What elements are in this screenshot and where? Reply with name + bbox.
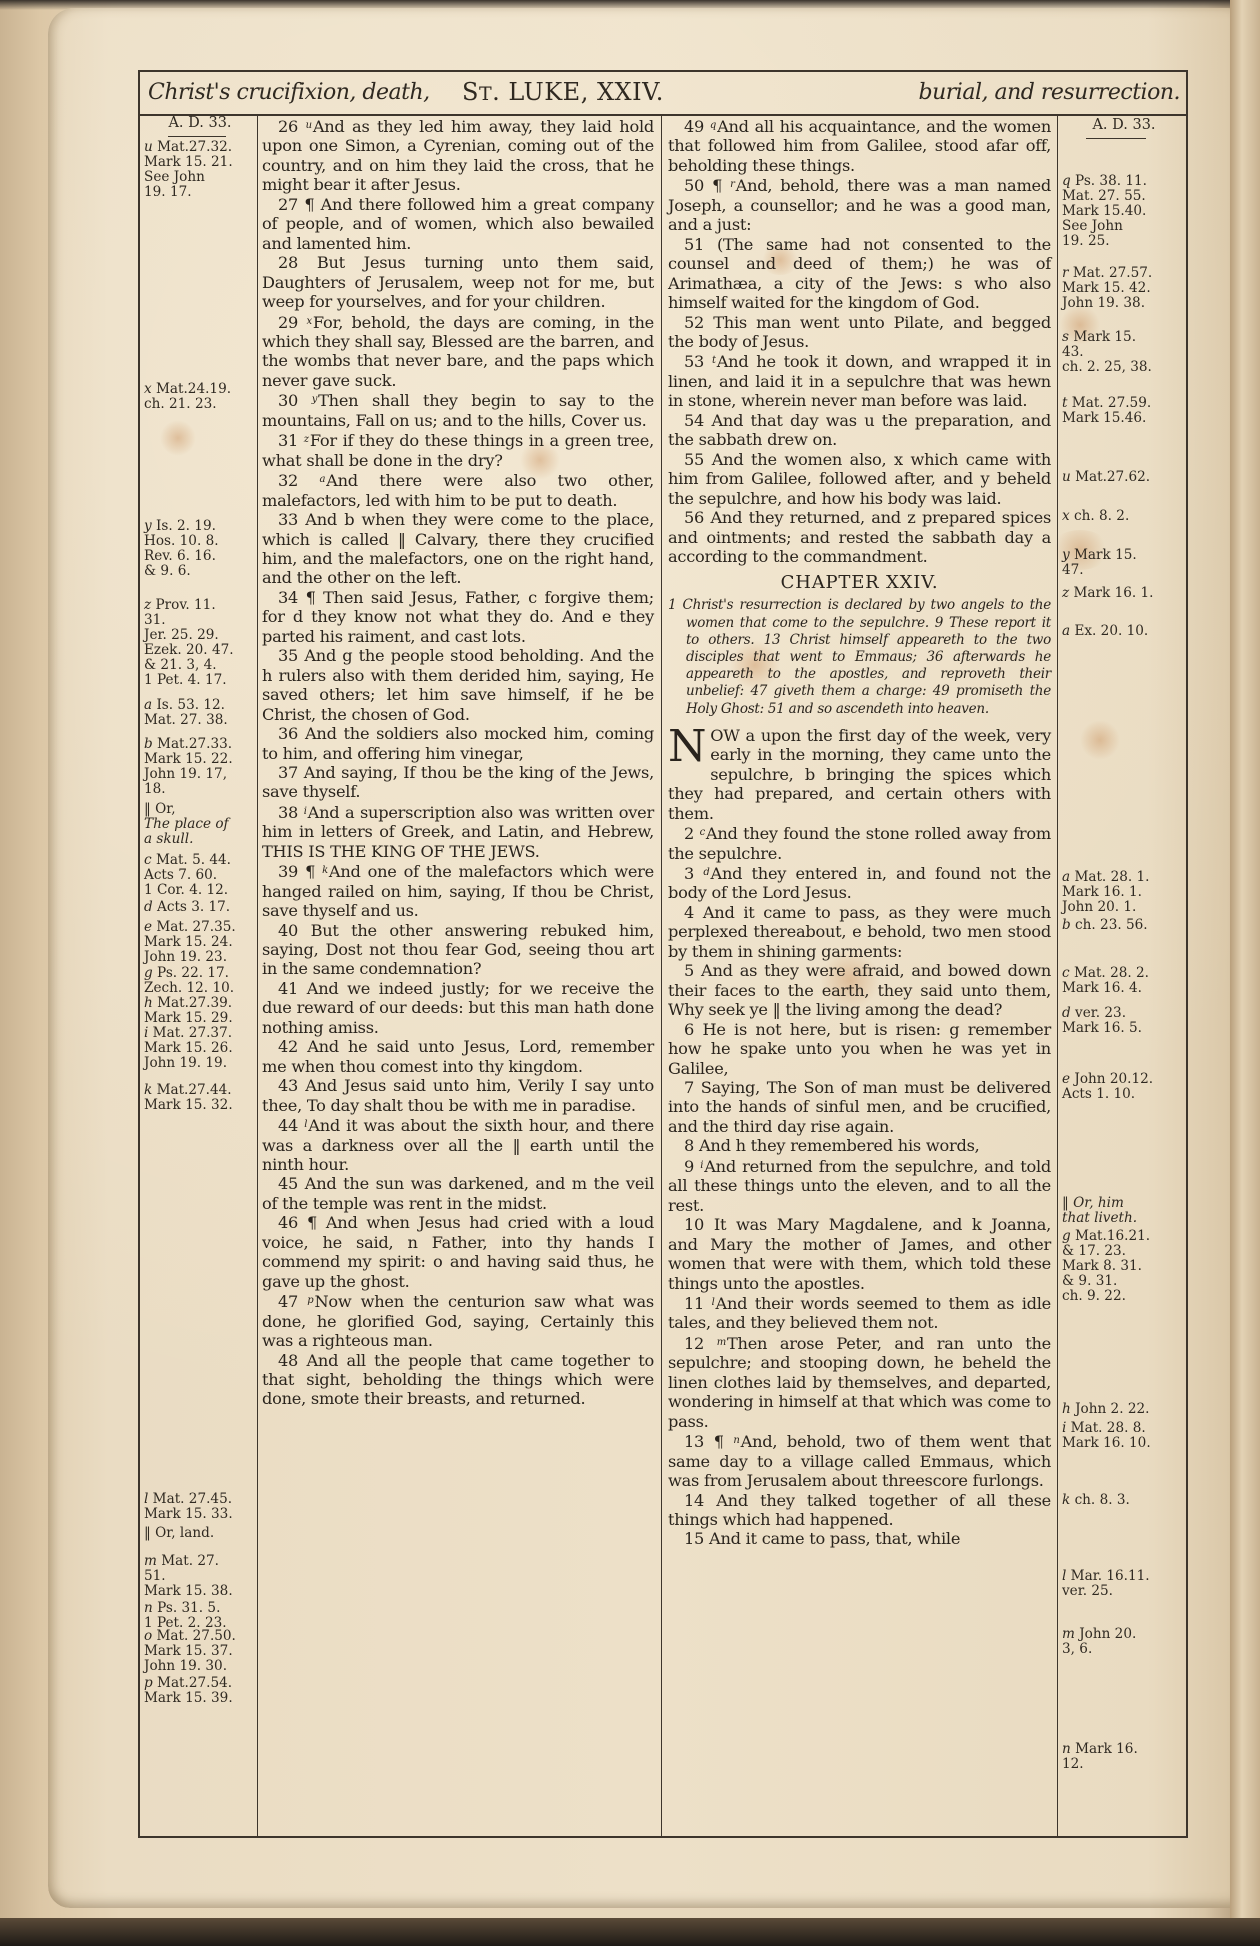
reference-line: k Mat.27.44.	[144, 1083, 233, 1098]
verse-text: And it came to pass, as they were much p…	[668, 903, 1051, 961]
margin-reference: m Mat. 27.51.Mark 15. 38.	[144, 1554, 233, 1599]
verse-text: And that day was u the preparation, and …	[668, 411, 1051, 449]
verse: 9 iAnd returned from the sepulchre, and …	[668, 1156, 1051, 1215]
margin-reference: d Acts 3. 17.	[144, 900, 230, 915]
verse-number: 34	[278, 588, 306, 607]
reference-line: e Mat. 27.35.	[144, 920, 236, 935]
reference-line: & 21. 3, 4.	[144, 658, 234, 673]
verse: 27 ¶ And there followed him a great comp…	[262, 195, 654, 253]
reference-line: John 20. 1.	[1062, 900, 1149, 915]
margin-reference: u Mat.27.32.Mark 15. 21.See John19. 17.	[144, 140, 233, 200]
reference-mark: d	[144, 899, 157, 915]
reference-line: g Mat.16.21.	[1062, 1229, 1150, 1244]
verse: 36 And the soldiers also mocked him, com…	[262, 724, 654, 763]
reference-line: 3, 6.	[1062, 1642, 1136, 1657]
reference-line: h Mat.27.39.	[144, 996, 233, 1011]
reference-line: p Mat.27.54.	[144, 1676, 233, 1691]
reference-mark: r	[730, 179, 735, 190]
reference-line: ch. 21. 23.	[144, 397, 231, 412]
reference-text: Mat.27.54.	[157, 1675, 232, 1691]
reference-text: Mat.24.19.	[156, 381, 231, 397]
reference-mark: i	[1062, 1420, 1071, 1436]
reference-text: Mat. 28. 2.	[1074, 965, 1149, 981]
reference-line: s Mark 15.	[1062, 330, 1152, 345]
reference-text: ch. 8. 3.	[1075, 1492, 1130, 1508]
margin-reference: a Ex. 20. 10.	[1062, 624, 1148, 639]
reference-line: Acts 1. 10.	[1062, 1087, 1153, 1102]
reference-mark: a	[1062, 623, 1074, 639]
margin-reference: t Mat. 27.59.Mark 15.46.	[1062, 396, 1151, 426]
reference-line: 51.	[144, 1569, 233, 1584]
reference-line: b Mat.27.33.	[144, 737, 233, 752]
verse: 44 lAnd it was about the sixth hour, and…	[262, 1115, 654, 1174]
reference-text: Mat. 5. 44.	[156, 852, 231, 868]
verse: 46 ¶ And when Jesus had cried with a lou…	[262, 1213, 654, 1291]
header-book-chapter: ST. LUKE, XXIV.	[462, 78, 664, 106]
reference-line: b ch. 23. 56.	[1062, 918, 1148, 933]
reference-line: l Mar. 16.11.	[1062, 1569, 1150, 1584]
reference-line: John 19. 17,	[144, 767, 233, 782]
reference-text: ver. 23.	[1075, 1005, 1126, 1021]
verse-number: 36	[278, 724, 305, 743]
reference-line: Mark 15. 24.	[144, 935, 236, 950]
verse-text: And there followed him a great company o…	[262, 195, 654, 253]
pilcrow-mark: ¶	[714, 1432, 734, 1451]
reference-line: Mark 15. 22.	[144, 752, 233, 767]
verse-text: Then shall they begin to say to the moun…	[262, 391, 654, 429]
reference-text: Mat. 28. 8.	[1071, 1420, 1146, 1436]
reference-text: ch. 23. 56.	[1075, 917, 1148, 933]
verse: 7 Saying, The Son of man must be deliver…	[668, 1078, 1051, 1136]
verse-number: 8	[684, 1136, 699, 1155]
reference-text: Mat. 28. 1.	[1074, 869, 1149, 885]
margin-reference: r Mat. 27.57.Mark 15. 42.John 19. 38.	[1062, 266, 1152, 311]
reference-line: 47.	[1062, 563, 1137, 578]
year-label: A. D. 33.	[1062, 118, 1186, 133]
verse-number: 14	[684, 1491, 716, 1510]
reference-text: Mark 16.	[1075, 1741, 1138, 1757]
reference-mark: p	[307, 1295, 313, 1306]
reference-mark: o	[144, 1628, 157, 1644]
verse-number: 7	[684, 1078, 701, 1097]
verse-number: 13	[684, 1432, 714, 1451]
verse-number: 29	[278, 313, 307, 332]
verse-text: (The same had not consented to the couns…	[668, 235, 1051, 312]
reference-line: ch. 9. 22.	[1062, 1289, 1150, 1304]
reference-text: Mat.27.39.	[157, 995, 232, 1011]
verse: 42 And he said unto Jesus, Lord, remembe…	[262, 1037, 654, 1076]
verse-number: 32	[278, 471, 319, 490]
verse-text: And they returned, and z prepared spices…	[668, 508, 1051, 566]
verse-text: It was Mary Magdalene, and k Joanna, and…	[668, 1215, 1051, 1292]
margin-reference: x Mat.24.19.ch. 21. 23.	[144, 382, 231, 412]
reference-line: Ezek. 20. 47.	[144, 643, 234, 658]
reference-text: John 20.12.	[1074, 1071, 1153, 1087]
reference-line: See John	[1062, 219, 1147, 234]
verse-text: For, behold, the days are coming, in the…	[262, 313, 654, 390]
reference-line: Mark 16. 10.	[1062, 1436, 1151, 1451]
reference-text: Mark 15.	[1073, 329, 1136, 345]
verse-number: 5	[684, 961, 701, 980]
reference-line: Mark 16. 5.	[1062, 1021, 1142, 1036]
reference-mark: r	[1062, 265, 1073, 281]
reference-mark: b	[144, 736, 157, 752]
verse: 11 lAnd their words seemed to them as id…	[668, 1293, 1051, 1333]
verse-text: And they talked together of all these th…	[668, 1491, 1051, 1529]
reference-line: Mark 8. 31.	[1062, 1259, 1150, 1274]
verse: 53 tAnd he took it down, and wrapped it …	[668, 351, 1051, 410]
verse-text: For if they do these things in a green t…	[262, 431, 654, 469]
reference-mark: k	[322, 865, 328, 876]
verse: 47 pNow when the centurion saw what was …	[262, 1291, 654, 1350]
margin-reference: g Ps. 22. 17.Zech. 12. 10.	[144, 966, 234, 996]
reference-mark: p	[144, 1675, 157, 1691]
verse-text: And h they remembered his words,	[699, 1136, 980, 1155]
reference-line: Mark 15. 33.	[144, 1507, 233, 1522]
margin-reference: z Mark 16. 1.	[1062, 586, 1153, 601]
verse-number: 28	[278, 253, 317, 272]
verse: 50 ¶ rAnd, behold, there was a man named…	[668, 175, 1051, 234]
verse-text: And g the people stood beholding. And th…	[262, 646, 654, 723]
reference-mark: d	[703, 867, 709, 878]
reference-line: Mat. 27. 38.	[144, 713, 228, 728]
verse-text: Saying, The Son of man must be delivered…	[668, 1078, 1051, 1136]
reference-line: Mark 15.46.	[1062, 411, 1151, 426]
reference-line: ch. 2. 25, 38.	[1062, 360, 1152, 375]
verse-number: 39	[278, 862, 305, 881]
reference-line: & 9. 31.	[1062, 1274, 1150, 1289]
reference-mark: i	[144, 1025, 153, 1041]
right-margin-references: A. D. 33. q Ps. 38. 11.Mat. 27. 55.Mark …	[1062, 114, 1186, 1834]
reference-line: y Is. 2. 19.	[144, 519, 219, 534]
reference-text: Mat. 27.57.	[1073, 265, 1152, 281]
verse: NOW a upon the first day of the week, ve…	[668, 726, 1051, 823]
margin-reference: a Mat. 28. 1.Mark 16. 1.John 20. 1.	[1062, 870, 1149, 915]
reference-line: John 19. 23.	[144, 950, 236, 965]
reference-line: d Acts 3. 17.	[144, 900, 230, 915]
verse-text: And Jesus said unto him, Verily I say un…	[262, 1076, 654, 1114]
verse: 38 iAnd a superscription also was writte…	[262, 802, 654, 861]
header-smallcap: T	[479, 83, 492, 105]
verse-number: 3	[684, 864, 703, 883]
verse: 2 cAnd they found the stone rolled away …	[668, 823, 1051, 863]
reference-mark: m	[1062, 1626, 1079, 1642]
pilcrow-mark: ¶	[304, 195, 320, 214]
reference-mark: y	[312, 394, 317, 405]
reference-line: n Ps. 31. 5.	[144, 1601, 227, 1616]
reference-line: Rev. 6. 16.	[144, 549, 219, 564]
reference-line: a Ex. 20. 10.	[1062, 624, 1148, 639]
reference-line: x ch. 8. 2.	[1062, 509, 1129, 524]
year-label: A. D. 33.	[144, 116, 256, 131]
verse-number: 11	[684, 1294, 712, 1313]
reference-line: n Mark 16.	[1062, 1742, 1138, 1757]
reference-line: Mark 15. 32.	[144, 1098, 233, 1113]
reference-mark: y	[144, 518, 156, 534]
verse: 52 This man went unto Pilate, and begged…	[668, 313, 1051, 352]
verse-number: 51	[684, 235, 717, 254]
left-text-column: 26 uAnd as they led him away, they laid …	[262, 116, 654, 1409]
reference-line: u Mat.27.32.	[144, 140, 233, 155]
reference-line: Mark 15. 29.	[144, 1011, 233, 1026]
center-column-rule	[661, 114, 662, 1836]
reference-mark: x	[307, 316, 312, 327]
reference-mark: t	[1062, 395, 1072, 411]
verse-text: And the sun was darkened, and m the veil…	[262, 1174, 654, 1212]
reference-mark: q	[1062, 173, 1075, 189]
header-right-topic: burial, and resurrection.	[919, 80, 1180, 105]
verse-text: And we indeed justly; for we receive the…	[262, 979, 654, 1037]
reference-text: Mat.27.33.	[157, 736, 232, 752]
reference-text: Mat. 27.	[161, 1553, 219, 1569]
verse: 45 And the sun was darkened, and m the v…	[262, 1174, 654, 1213]
reference-mark: l	[304, 1119, 307, 1130]
reference-mark: l	[712, 1297, 715, 1308]
verse: 39 ¶ kAnd one of the malefactors which w…	[262, 861, 654, 920]
verse-number: 48	[278, 1351, 306, 1370]
margin-reference: u Mat.27.62.	[1062, 470, 1150, 485]
chapter-summary: 1 Christ's resurrection is declared by t…	[668, 597, 1051, 717]
verse-number: 12	[684, 1334, 717, 1353]
text-frame: Christ's crucifixion, death, ST. LUKE, X…	[138, 70, 1188, 1838]
reference-line: u Mat.27.62.	[1062, 470, 1150, 485]
reference-mark: u	[306, 120, 312, 131]
reference-text: Prov. 11.	[155, 597, 215, 613]
reference-line: ‖ Or,	[144, 802, 229, 817]
reference-mark: s	[1062, 329, 1073, 345]
reference-line: Acts 7. 60.	[144, 868, 231, 883]
reference-text: John 20.	[1079, 1626, 1136, 1642]
verse-text: And the women also, x which came with hi…	[668, 450, 1051, 508]
verse-number: 53	[684, 352, 712, 371]
reference-mark: y	[1062, 547, 1074, 563]
verse-text: And saying, If thou be the king of the J…	[262, 763, 654, 801]
reference-line: See John	[144, 170, 233, 185]
verse-number: 42	[278, 1037, 307, 1056]
reference-mark: k	[144, 1082, 157, 1098]
reference-line: Hos. 10. 8.	[144, 534, 219, 549]
margin-reference: n Mark 16.12.	[1062, 1742, 1138, 1772]
verse: 6 He is not here, but is risen: g rememb…	[668, 1020, 1051, 1078]
reference-mark: g	[144, 965, 157, 981]
reference-mark: c	[1062, 965, 1074, 981]
verse: 3 dAnd they entered in, and found not th…	[668, 863, 1051, 903]
verse-number: 56	[684, 508, 710, 527]
header-initial: S	[462, 78, 479, 106]
margin-reference: p Mat.27.54.Mark 15. 39.	[144, 1676, 233, 1706]
left-margin-references: A. D. 33. u Mat.27.32.Mark 15. 21.See Jo…	[144, 114, 256, 1834]
verse-number: 10	[684, 1215, 714, 1234]
reference-text: Mar. 16.11.	[1071, 1568, 1150, 1584]
reference-line: that liveth.	[1062, 1211, 1137, 1226]
margin-reference: h Mat.27.39.Mark 15. 29.	[144, 996, 233, 1026]
reference-line: ‖ Or, land.	[144, 1526, 214, 1541]
reference-mark: c	[144, 852, 156, 868]
reference-line: Mark 15.40.	[1062, 204, 1147, 219]
reference-mark: h	[1062, 1401, 1075, 1417]
reference-line: Mark 15. 21.	[144, 155, 233, 170]
header-rest: . LUKE, XXIV.	[492, 78, 664, 106]
verse: 34 ¶ Then said Jesus, Father, c forgive …	[262, 588, 654, 646]
reference-mark: t	[712, 355, 716, 366]
verse: 43 And Jesus said unto him, Verily I say…	[262, 1076, 654, 1115]
verse-text: And as they led him away, they laid hold…	[262, 117, 654, 194]
verse: 10 It was Mary Magdalene, and k Joanna, …	[668, 1215, 1051, 1293]
verse-number: 31	[278, 431, 304, 450]
verse-number: 46	[278, 1213, 307, 1232]
reference-mark: a	[1062, 869, 1074, 885]
verse-number: 6	[684, 1020, 702, 1039]
margin-reference: a Is. 53. 12.Mat. 27. 38.	[144, 698, 228, 728]
reference-text: Mat. 27.59.	[1072, 395, 1151, 411]
verse-text: And all his acquaintance, and the women …	[668, 117, 1051, 175]
reference-line: & 17. 23.	[1062, 1244, 1150, 1259]
reference-text: Is. 2. 19.	[156, 518, 216, 534]
margin-reference: ‖ Or,The place ofa skull.	[144, 802, 229, 847]
verse: 26 uAnd as they led him away, they laid …	[262, 116, 654, 195]
verse: 5 And as they were afraid, and bowed dow…	[668, 961, 1051, 1019]
verse: 30 yThen shall they begin to say to the …	[262, 390, 654, 430]
reference-line: c Mat. 5. 44.	[144, 853, 231, 868]
reference-mark: x	[1062, 508, 1074, 524]
reference-line: q Ps. 38. 11.	[1062, 174, 1147, 189]
header-left-topic: Christ's crucifixion, death,	[148, 80, 430, 105]
margin-reference: b ch. 23. 56.	[1062, 918, 1148, 933]
verse: 35 And g the people stood beholding. And…	[262, 646, 654, 724]
margin-reference: g Mat.16.21.& 17. 23.Mark 8. 31.& 9. 31.…	[1062, 1229, 1150, 1304]
verse-number: 35	[278, 646, 304, 665]
verse-number: 33	[278, 510, 305, 529]
running-header: Christ's crucifixion, death, ST. LUKE, X…	[140, 72, 1186, 116]
reference-line: Mark 16. 1.	[1062, 885, 1149, 900]
left-margin-rule	[257, 114, 258, 1836]
verse-number: 47	[278, 1292, 307, 1311]
verse: 54 And that day was u the preparation, a…	[668, 411, 1051, 450]
margin-reference: l Mat. 27.45.Mark 15. 33.	[144, 1492, 233, 1522]
reference-mark: h	[144, 995, 157, 1011]
margin-reference: l Mar. 16.11.ver. 25.	[1062, 1569, 1150, 1599]
reference-mark: b	[1062, 917, 1075, 933]
verse-text: And it came to pass, that, while	[709, 1529, 960, 1548]
verse-number: 45	[278, 1174, 305, 1193]
verse-number: 4	[684, 903, 703, 922]
reference-line: i Mat. 28. 8.	[1062, 1421, 1151, 1436]
reference-line: z Prov. 11.	[144, 598, 234, 613]
reference-line: o Mat. 27.50.	[144, 1629, 236, 1644]
reference-mark: ‖	[144, 1525, 155, 1541]
reference-text: Mat.27.44.	[157, 1082, 232, 1098]
chapter-title: CHAPTER XXIV.	[668, 572, 1051, 594]
reference-line: Mark 15. 26.	[144, 1041, 233, 1056]
verse: 32 aAnd there were also two other, malef…	[262, 470, 654, 510]
reference-text: Mat.27.32.	[157, 139, 232, 155]
verse-number: 55	[684, 450, 712, 469]
verse: 8 And h they remembered his words,	[668, 1136, 1051, 1155]
verse-number: 52	[684, 313, 713, 332]
verse: 37 And saying, If thou be the king of th…	[262, 763, 654, 802]
verse: 14 And they talked together of all these…	[668, 1491, 1051, 1530]
verse: 55 And the women also, x which came with…	[668, 450, 1051, 508]
verse-number: 44	[278, 1116, 304, 1135]
reference-mark: g	[1062, 1228, 1075, 1244]
reference-mark: c	[700, 827, 705, 838]
verse: 4 And it came to pass, as they were much…	[668, 903, 1051, 961]
reference-line: Zech. 12. 10.	[144, 981, 234, 996]
reference-line: y Mark 15.	[1062, 548, 1137, 563]
margin-reference: q Ps. 38. 11.Mat. 27. 55.Mark 15.40.See …	[1062, 174, 1147, 249]
right-margin-rule	[1057, 114, 1058, 1836]
margin-reference: ‖ Or, himthat liveth.	[1062, 1196, 1137, 1226]
verse-text: OW a upon the first day of the week, ver…	[668, 726, 1051, 823]
margin-reference: e John 20.12.Acts 1. 10.	[1062, 1072, 1153, 1102]
reference-line: John 19. 19.	[144, 1056, 233, 1071]
reference-line: x Mat.24.19.	[144, 382, 231, 397]
reference-line: Mat. 27. 55.	[1062, 189, 1147, 204]
verse-text: And a superscription also was written ov…	[262, 803, 654, 861]
margin-reference: y Mark 15.47.	[1062, 548, 1137, 578]
reference-mark: a	[144, 697, 156, 713]
reference-line: & 9. 6.	[144, 564, 219, 579]
reference-line: 43.	[1062, 345, 1152, 360]
verse: 40 But the other answering rebuked him, …	[262, 921, 654, 979]
reference-line: Mark 15. 37.	[144, 1644, 236, 1659]
margin-reference: ‖ Or, land.	[144, 1526, 214, 1541]
year-underline	[1086, 138, 1146, 139]
verse-text: Now when the centurion saw what was done…	[262, 1292, 654, 1350]
verse-text: And returned from the sepulchre, and tol…	[668, 1157, 1051, 1215]
reference-line: t Mat. 27.59.	[1062, 396, 1151, 411]
reference-text: Or,	[155, 801, 175, 817]
reference-mark: e	[1062, 1071, 1074, 1087]
page-edges	[1230, 0, 1260, 1946]
verse: 13 ¶ nAnd, behold, two of them went that…	[668, 1431, 1051, 1490]
reference-line: a Mat. 28. 1.	[1062, 870, 1149, 885]
reference-mark: a	[319, 474, 325, 485]
verse: 28 But Jesus turning unto them said, Dau…	[262, 253, 654, 311]
reference-line: 1 Cor. 4. 12.	[144, 883, 231, 898]
reference-line: g Ps. 22. 17.	[144, 966, 234, 981]
margin-reference: y Is. 2. 19.Hos. 10. 8.Rev. 6. 16.& 9. 6…	[144, 519, 219, 579]
margin-reference: o Mat. 27.50.Mark 15. 37.John 19. 30.	[144, 1629, 236, 1674]
reference-mark: l	[144, 1491, 153, 1507]
reference-text: Acts 3. 17.	[157, 899, 230, 915]
reference-text: Mat. 27.37.	[153, 1025, 232, 1041]
reference-line: k ch. 8. 3.	[1062, 1493, 1130, 1508]
reference-line: m John 20.	[1062, 1627, 1136, 1642]
verse-number: 49	[684, 117, 710, 136]
reference-text: Ps. 22. 17.	[157, 965, 229, 981]
reference-mark: ‖	[144, 801, 155, 817]
margin-reference: h John 2. 22.	[1062, 1402, 1149, 1417]
reference-line: h John 2. 22.	[1062, 1402, 1149, 1417]
reference-line: Mark 15. 39.	[144, 1691, 233, 1706]
reference-text: Mat.27.62.	[1075, 469, 1150, 485]
reference-mark: z	[144, 597, 155, 613]
verse-number: 15	[684, 1529, 709, 1548]
verse-text: And their words seemed to them as idle t…	[668, 1294, 1051, 1332]
reference-line: a Is. 53. 12.	[144, 698, 228, 713]
reference-mark: x	[144, 381, 156, 397]
verse-number: 26	[278, 117, 306, 136]
reference-line: ver. 25.	[1062, 1584, 1150, 1599]
reference-line: i Mat. 27.37.	[144, 1026, 233, 1041]
reference-mark: i	[304, 806, 307, 817]
verse-number: 9	[684, 1157, 700, 1176]
reference-mark: ‖	[1062, 1195, 1073, 1211]
verse-text: And the soldiers also mocked him, coming…	[262, 724, 654, 762]
reference-text: Ex. 20. 10.	[1074, 623, 1148, 639]
margin-reference: i Mat. 27.37.Mark 15. 26.John 19. 19.	[144, 1026, 233, 1071]
